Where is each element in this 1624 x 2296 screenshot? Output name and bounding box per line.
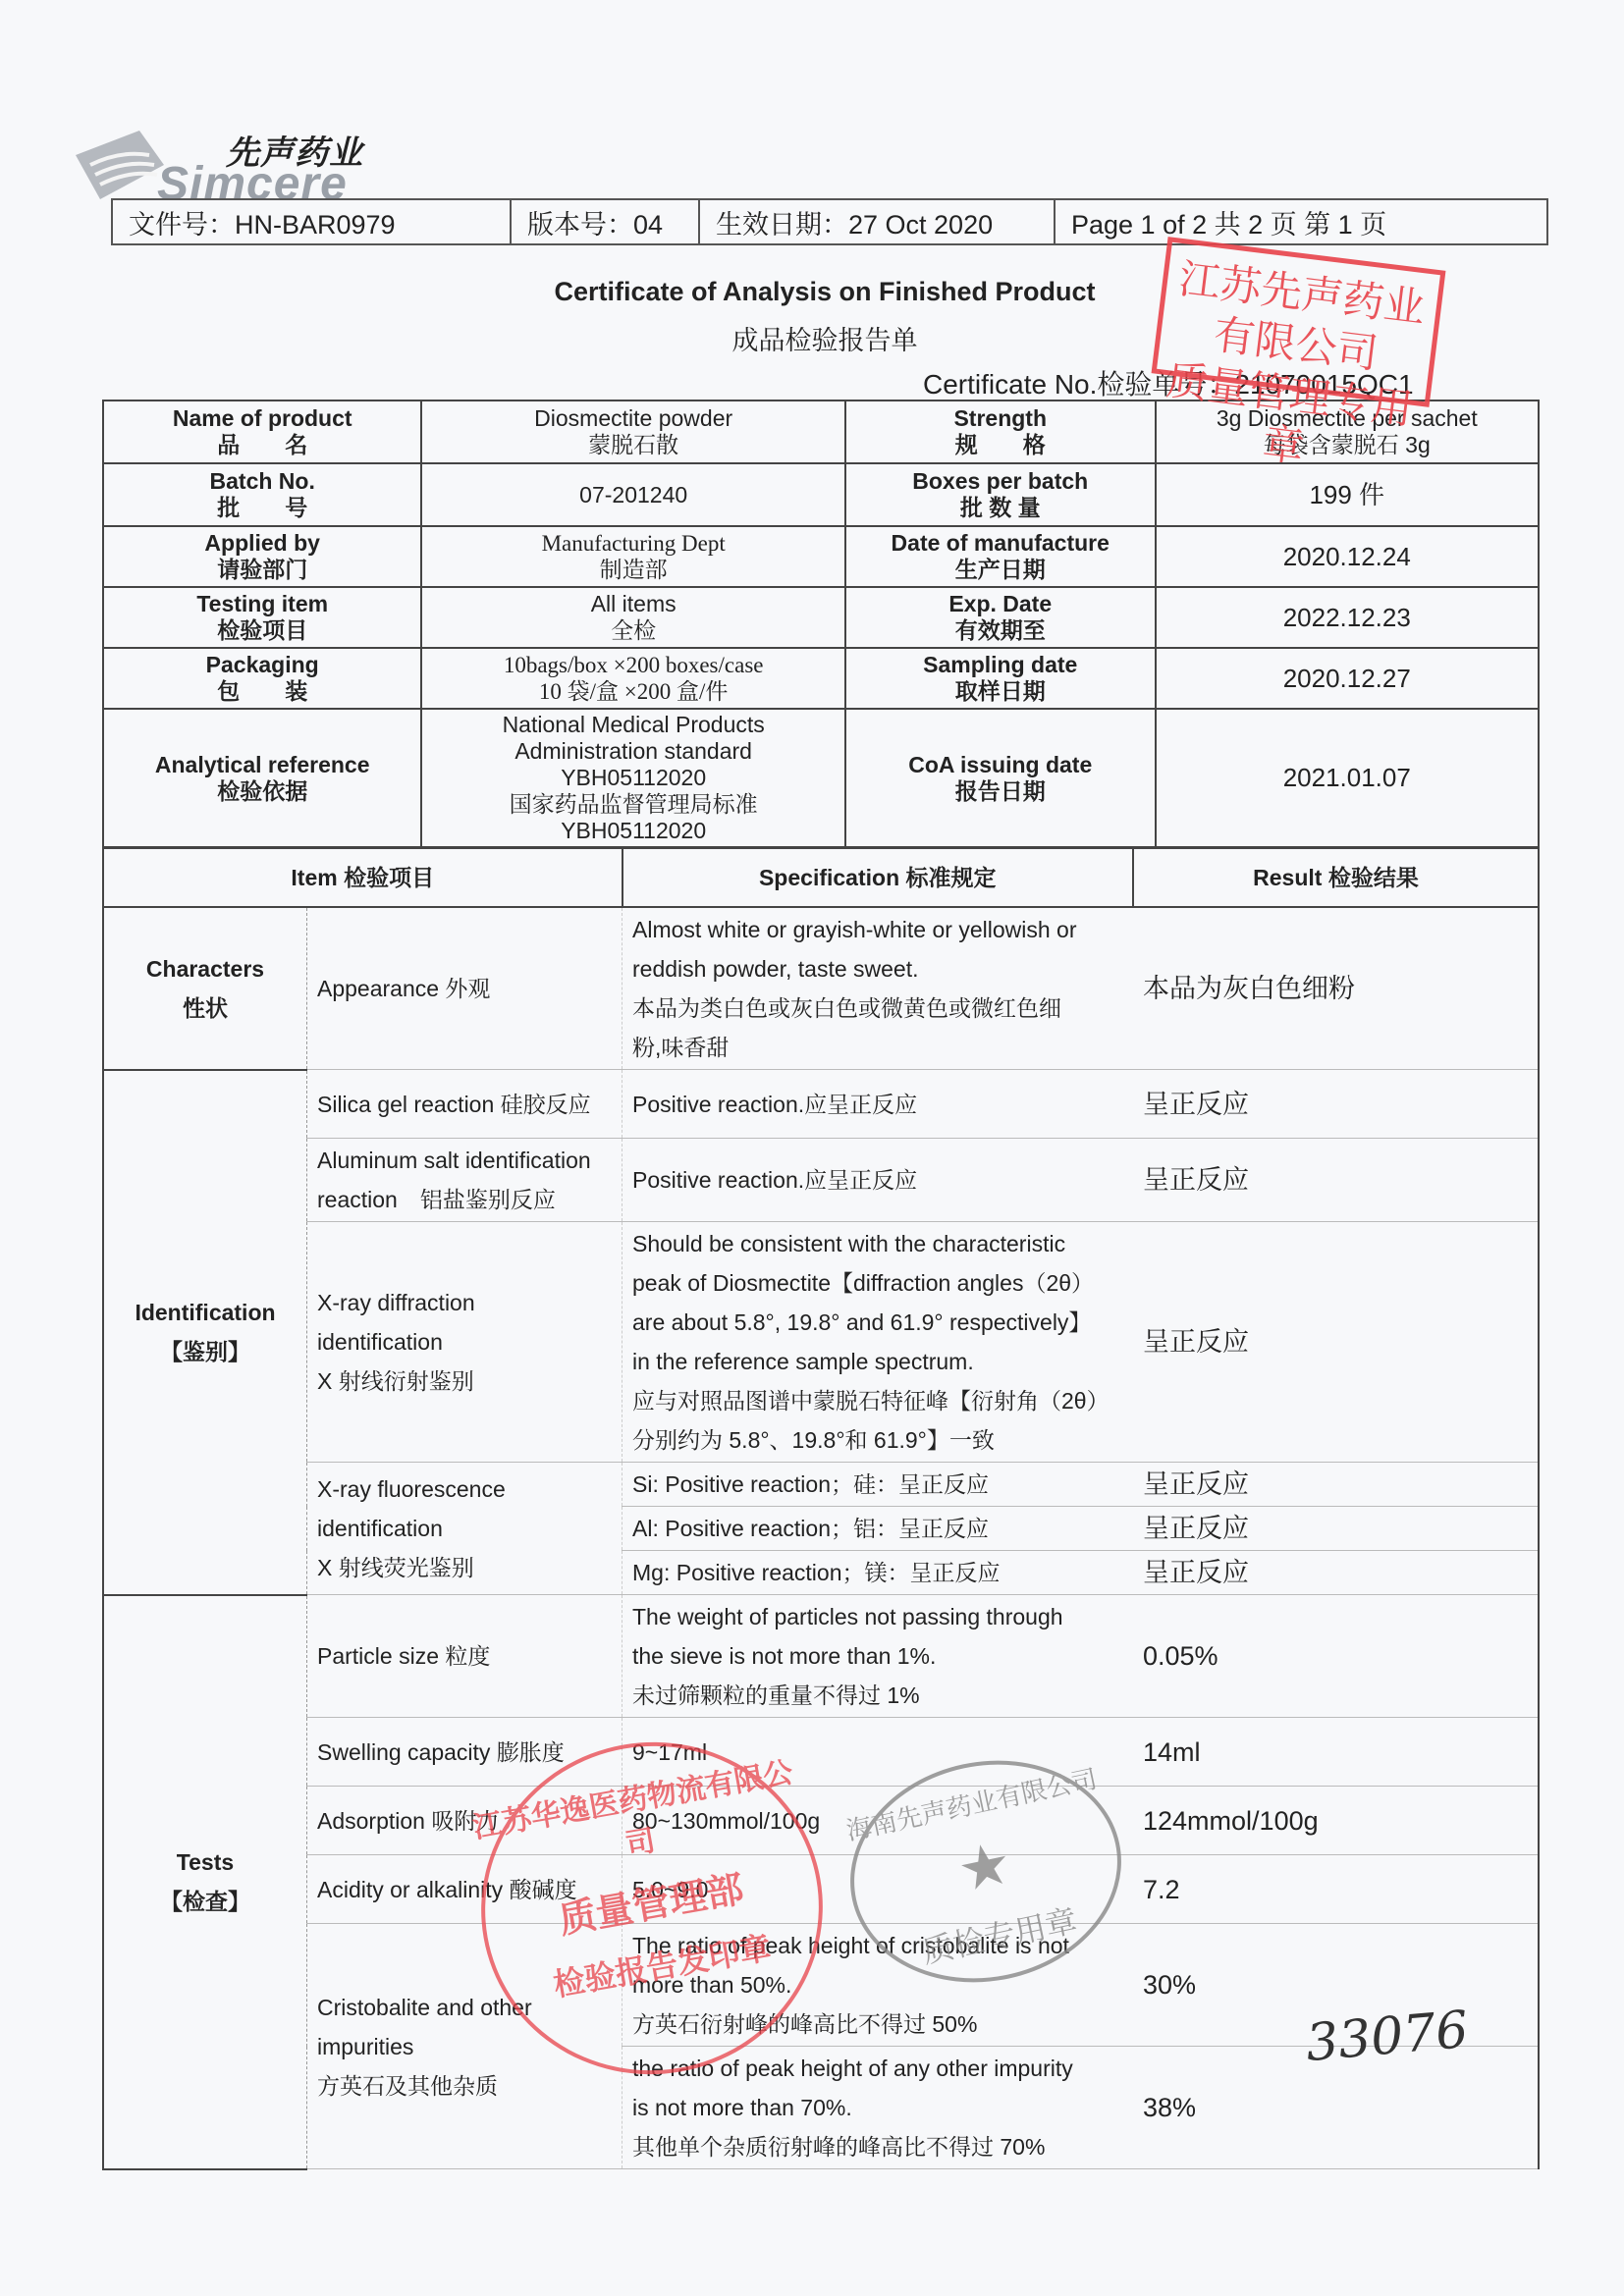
category-identification: Identification【鉴别】 xyxy=(103,1070,307,1595)
text-line: Should be consistent with the characteri… xyxy=(632,1224,1123,1263)
text-line: Tests xyxy=(114,1842,297,1882)
text-line: 【检查】 xyxy=(114,1882,297,1921)
document-number: 文件号：HN-BAR0979 xyxy=(113,200,512,243)
info-label: Exp. Date有效期至 xyxy=(845,587,1156,648)
results-header-row: Item 检验项目 Specification 标准规定 Result 检验结果 xyxy=(103,848,1539,907)
info-label-line: Strength xyxy=(850,405,1151,432)
info-label-line: 包 装 xyxy=(108,678,416,705)
text-line: Silica gel reaction 硅胶反应 xyxy=(317,1085,612,1124)
text-line: Appearance 外观 xyxy=(317,969,612,1008)
test-result: 124mmol/100g xyxy=(1133,1787,1539,1855)
text-line: 本品为灰白色细粉 xyxy=(1143,969,1528,1008)
info-value-line: 10bags/box ×200 boxes/case xyxy=(426,652,840,678)
info-label: Packaging包 装 xyxy=(103,648,421,709)
text-line: identification xyxy=(317,1509,612,1548)
text-line: 本品为类白色或灰白色或微黄色或微红色细 xyxy=(632,988,1123,1028)
result-row: Characters性状Appearance 外观Almost white or… xyxy=(103,907,1539,1070)
text-line: X-ray fluorescence xyxy=(317,1469,612,1509)
text-line: 粉,味香甜 xyxy=(632,1028,1123,1067)
info-label: Name of product品 名 xyxy=(103,400,421,463)
info-label-line: 批 号 xyxy=(108,495,416,521)
test-result: 呈正反应 xyxy=(1133,1070,1539,1139)
test-result: 7.2 xyxy=(1133,1855,1539,1924)
info-row: Applied by请验部门Manufacturing Dept制造部Date … xyxy=(103,526,1539,587)
text-line: 呈正反应 xyxy=(1143,1322,1528,1362)
test-specification: Mg: Positive reaction；镁：呈正反应 xyxy=(623,1551,1134,1595)
text-line: 呈正反应 xyxy=(1143,1085,1528,1124)
test-result: 呈正反应 xyxy=(1133,1551,1539,1595)
info-label-line: Packaging xyxy=(108,652,416,678)
text-line: 7.2 xyxy=(1143,1870,1528,1909)
info-value-line: 制造部 xyxy=(426,557,840,583)
test-item: Appearance 外观 xyxy=(307,907,623,1070)
info-label: Sampling date取样日期 xyxy=(845,648,1156,709)
text-line: Aluminum salt identification xyxy=(317,1141,612,1180)
category-tests: Tests【检查】 xyxy=(103,1595,307,2169)
text-line: 未过筛颗粒的重量不得过 1% xyxy=(632,1676,1123,1715)
text-line: 呈正反应 xyxy=(1143,1465,1528,1504)
info-value-line: 2020.12.24 xyxy=(1161,544,1534,570)
text-line: 【鉴别】 xyxy=(114,1332,297,1371)
info-label-line: 批 数 量 xyxy=(850,495,1151,521)
version-number: 版本号：04 xyxy=(512,200,700,243)
text-line: 14ml xyxy=(1143,1733,1528,1772)
text-line: reaction 铝盐鉴别反应 xyxy=(317,1180,612,1219)
test-result: 14ml xyxy=(1133,1718,1539,1787)
text-line: 其他单个杂质衍射峰的峰高比不得过 70% xyxy=(632,2127,1123,2166)
info-label-line: Boxes per batch xyxy=(850,468,1151,495)
info-label: Strength规 格 xyxy=(845,400,1156,463)
info-value-line: Diosmectite powder xyxy=(426,405,840,432)
info-value: All items全检 xyxy=(421,587,845,648)
info-label-line: 请验部门 xyxy=(108,557,416,583)
info-value: 07-201240 xyxy=(421,463,845,526)
header-result: Result 检验结果 xyxy=(1133,848,1539,907)
test-result: 呈正反应 xyxy=(1133,1507,1539,1551)
test-specification: Al: Positive reaction；铝：呈正反应 xyxy=(623,1507,1134,1551)
document-header-bar: 文件号：HN-BAR0979 版本号：04 生效日期：27 Oct 2020 P… xyxy=(111,198,1548,245)
test-specification: Positive reaction.应呈正反应 xyxy=(623,1070,1134,1139)
test-results-table: Item 检验项目 Specification 标准规定 Result 检验结果… xyxy=(102,847,1540,2170)
text-line: 呈正反应 xyxy=(1143,1509,1528,1548)
info-label-line: Exp. Date xyxy=(850,591,1151,617)
info-label-line: Applied by xyxy=(108,530,416,557)
info-label-line: 品 名 xyxy=(108,432,416,458)
info-value-line: 10 袋/盒 ×200 盒/件 xyxy=(426,678,840,705)
info-label-line: Batch No. xyxy=(108,468,416,495)
text-line: 性状 xyxy=(114,988,297,1028)
test-result: 0.05% xyxy=(1133,1595,1539,1718)
text-line: 0.05% xyxy=(1143,1636,1528,1676)
info-value-line: 全检 xyxy=(426,617,840,644)
page-indicator: Page 1 of 2 共 2 页 第 1 页 xyxy=(1056,200,1546,243)
info-label: Analytical reference检验依据 xyxy=(103,709,421,847)
text-line: 应与对照品图谱中蒙脱石特征峰【衍射角（2θ） xyxy=(632,1381,1123,1420)
text-line: 分别约为 5.8°、19.8°和 61.9°】一致 xyxy=(632,1420,1123,1460)
test-specification: Almost white or grayish-white or yellowi… xyxy=(623,907,1134,1070)
text-line: 方英石及其他杂质 xyxy=(317,2066,612,2106)
info-label-line: 检验项目 xyxy=(108,617,416,644)
text-line: 124mmol/100g xyxy=(1143,1801,1528,1841)
text-line: identification xyxy=(317,1322,612,1362)
text-line: in the reference sample spectrum. xyxy=(632,1342,1123,1381)
info-value: 2020.12.27 xyxy=(1156,648,1539,709)
info-label-line: 取样日期 xyxy=(850,678,1151,705)
text-line: are about 5.8°, 19.8° and 61.9° respecti… xyxy=(632,1303,1123,1342)
info-value-line: Administration standard xyxy=(426,738,840,765)
info-label-line: Testing item xyxy=(108,591,416,617)
test-specification: Si: Positive reaction；硅：呈正反应 xyxy=(623,1463,1134,1507)
info-value-line: 199 件 xyxy=(1161,482,1534,508)
info-label-line: 规 格 xyxy=(850,432,1151,458)
category-characters: Characters性状 xyxy=(103,907,307,1070)
info-value: Manufacturing Dept制造部 xyxy=(421,526,845,587)
result-row: Aluminum salt identificationreaction 铝盐鉴… xyxy=(103,1139,1539,1222)
info-label-line: 生产日期 xyxy=(850,557,1151,583)
test-result: 呈正反应 xyxy=(1133,1139,1539,1222)
info-value: 10bags/box ×200 boxes/case10 袋/盒 ×200 盒/… xyxy=(421,648,845,709)
info-label: CoA issuing date报告日期 xyxy=(845,709,1156,847)
info-label: Applied by请验部门 xyxy=(103,526,421,587)
info-value-line: 国家药品监督管理局标准 xyxy=(426,791,840,818)
text-line: is not more than 70%. xyxy=(632,2088,1123,2127)
info-label: Date of manufacture生产日期 xyxy=(845,526,1156,587)
info-label: Testing item检验项目 xyxy=(103,587,421,648)
info-value: 2021.01.07 xyxy=(1156,709,1539,847)
result-row: Tests【检查】Particle size 粒度The weight of p… xyxy=(103,1595,1539,1718)
info-value: National Medical ProductsAdministration … xyxy=(421,709,845,847)
test-result: 呈正反应 xyxy=(1133,1222,1539,1463)
company-quality-stamp: 江苏先声药业有限公司 质量管理专用章 xyxy=(1152,237,1446,407)
text-line: 38% xyxy=(1143,2088,1528,2127)
text-line: Almost white or grayish-white or yellowi… xyxy=(632,910,1123,949)
header-specification: Specification 标准规定 xyxy=(623,848,1134,907)
info-value-line: All items xyxy=(426,591,840,617)
test-result: 呈正反应 xyxy=(1133,1463,1539,1507)
text-line: 呈正反应 xyxy=(1143,1160,1528,1200)
info-label-line: Sampling date xyxy=(850,652,1151,678)
header-item: Item 检验项目 xyxy=(103,848,623,907)
text-line: Al: Positive reaction；铝：呈正反应 xyxy=(632,1509,1123,1548)
text-line: Identification xyxy=(114,1293,297,1332)
test-item: Aluminum salt identificationreaction 铝盐鉴… xyxy=(307,1139,623,1222)
test-item: Particle size 粒度 xyxy=(307,1595,623,1718)
info-value-line: National Medical Products xyxy=(426,712,840,738)
text-line: Si: Positive reaction；硅：呈正反应 xyxy=(632,1465,1123,1504)
info-value: 2020.12.24 xyxy=(1156,526,1539,587)
text-line: 30% xyxy=(1143,1965,1528,2004)
text-line: Characters xyxy=(114,949,297,988)
info-value-line: YBH05112020 xyxy=(426,765,840,791)
text-line: X 射线衍射鉴别 xyxy=(317,1362,612,1401)
test-item: X-ray fluorescenceidentificationX 射线荧光鉴别 xyxy=(307,1463,623,1595)
info-value: Diosmectite powder蒙脱石散 xyxy=(421,400,845,463)
info-value-line: YBH05112020 xyxy=(426,818,840,844)
info-value-line: 2021.01.07 xyxy=(1161,765,1534,791)
text-line: reddish powder, taste sweet. xyxy=(632,949,1123,988)
test-specification: The weight of particles not passing thro… xyxy=(623,1595,1134,1718)
result-row: Swelling capacity 膨胀度9~17ml14ml xyxy=(103,1718,1539,1787)
info-value-line: Manufacturing Dept xyxy=(426,530,840,557)
text-line: Positive reaction.应呈正反应 xyxy=(632,1160,1123,1200)
result-row: X-ray fluorescenceidentificationX 射线荧光鉴别… xyxy=(103,1463,1539,1507)
text-line: Positive reaction.应呈正反应 xyxy=(632,1085,1123,1124)
test-specification: Positive reaction.应呈正反应 xyxy=(623,1139,1134,1222)
info-row: Analytical reference检验依据National Medical… xyxy=(103,709,1539,847)
info-label-line: Analytical reference xyxy=(108,752,416,778)
info-label-line: 检验依据 xyxy=(108,778,416,805)
info-value-line: 蒙脱石散 xyxy=(426,432,840,458)
text-line: peak of Diosmectite【diffraction angles（2… xyxy=(632,1263,1123,1303)
info-label: Batch No.批 号 xyxy=(103,463,421,526)
text-line: X-ray diffraction xyxy=(317,1283,612,1322)
test-specification: Should be consistent with the characteri… xyxy=(623,1222,1134,1463)
info-value-line: 07-201240 xyxy=(426,482,840,508)
test-item: Silica gel reaction 硅胶反应 xyxy=(307,1070,623,1139)
test-result: 本品为灰白色细粉 xyxy=(1133,907,1539,1070)
text-line: X 射线荧光鉴别 xyxy=(317,1548,612,1587)
simcere-logo-flag-icon xyxy=(71,126,169,204)
info-row: Testing item检验项目All items全检Exp. Date有效期至… xyxy=(103,587,1539,648)
text-line: 呈正反应 xyxy=(1143,1553,1528,1592)
result-row: Identification【鉴别】Silica gel reaction 硅胶… xyxy=(103,1070,1539,1139)
text-line: Mg: Positive reaction；镁：呈正反应 xyxy=(632,1553,1123,1592)
text-line: the sieve is not more than 1%. xyxy=(632,1636,1123,1676)
test-item: X-ray diffractionidentificationX 射线衍射鉴别 xyxy=(307,1222,623,1463)
info-label-line: Date of manufacture xyxy=(850,530,1151,557)
effective-date: 生效日期：27 Oct 2020 xyxy=(700,200,1056,243)
info-row: Packaging包 装10bags/box ×200 boxes/case10… xyxy=(103,648,1539,709)
info-label-line: CoA issuing date xyxy=(850,752,1151,778)
info-value-line: 2020.12.27 xyxy=(1161,666,1534,692)
result-row: X-ray diffractionidentificationX 射线衍射鉴别S… xyxy=(103,1222,1539,1463)
info-value-line: 2022.12.23 xyxy=(1161,605,1534,631)
info-value: 2022.12.23 xyxy=(1156,587,1539,648)
info-label-line: Name of product xyxy=(108,405,416,432)
info-label-line: 报告日期 xyxy=(850,778,1151,805)
info-label-line: 有效期至 xyxy=(850,617,1151,644)
text-line: The weight of particles not passing thro… xyxy=(632,1597,1123,1636)
result-row: Adsorption 吸附力80~130mmol/100g124mmol/100… xyxy=(103,1787,1539,1855)
text-line: Particle size 粒度 xyxy=(317,1636,612,1676)
info-label: Boxes per batch批 数 量 xyxy=(845,463,1156,526)
